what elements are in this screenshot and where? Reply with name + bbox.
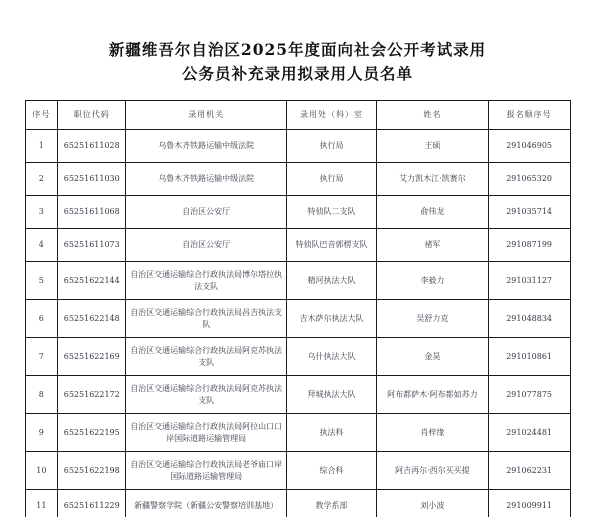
table-row: 265251611030乌鲁木齐铁路运输中级法院执行局艾力凯木江·凯赛尔2910… [25,163,570,196]
table-cell: 291009911 [488,490,570,517]
table-header-cell: 序号 [25,101,58,130]
table-row: 1065251622198自治区交通运输综合行政执法局老爷庙口岸国际道路运输管理… [25,452,570,490]
table-cell: 肖梓缘 [377,414,489,452]
table-cell: 291087199 [488,229,570,262]
table-cell: 俞伟龙 [377,196,489,229]
table-row: 465251611073自治区公安厅特侦队巴音郭楞支队褚军291087199 [25,229,570,262]
table-cell: 特侦队巴音郭楞支队 [287,229,377,262]
table-cell: 7 [25,338,58,376]
table-cell: 11 [25,490,58,517]
table-cell: 291046905 [488,130,570,163]
table-cell: 自治区交通运输综合行政执法局阿克苏执法支队 [126,338,287,376]
table-row: 965251622195自治区交通运输综合行政执法局阿拉山口口岸国际道路运输管理… [25,414,570,452]
table-cell: 65251622169 [58,338,126,376]
table-cell: 5 [25,262,58,300]
roster-table: 序号职位代码录用机关录用处（科）室姓名报名顺序号 165251611028乌鲁木… [25,100,571,517]
table-row: 365251611068自治区公安厅特侦队二支队俞伟龙291035714 [25,196,570,229]
table-cell: 自治区交通运输综合行政执法局昌吉执法支队 [126,300,287,338]
table-cell: 自治区交通运输综合行政执法局博尔塔拉执法支队 [126,262,287,300]
table-cell: 执行局 [287,130,377,163]
table-header-cell: 职位代码 [58,101,126,130]
table-cell: 自治区交通运输综合行政执法局阿拉山口口岸国际道路运输管理局 [126,414,287,452]
table-cell: 李毅力 [377,262,489,300]
table-cell: 吴舒力克 [377,300,489,338]
table-cell: 王硕 [377,130,489,163]
table-cell: 拜城执法大队 [287,376,377,414]
table-cell: 乌鲁木齐铁路运输中级法院 [126,163,287,196]
page-title-line-2: 公务员补充录用拟录用人员名单 [40,62,555,86]
table-cell: 291048834 [488,300,570,338]
table-body: 165251611028乌鲁木齐铁路运输中级法院执行局王硕29104690526… [25,130,570,517]
table-cell: 自治区交通运输综合行政执法局阿克苏执法支队 [126,376,287,414]
table-cell: 刘小波 [377,490,489,517]
table-cell: 褚军 [377,229,489,262]
table-cell: 291062231 [488,452,570,490]
table-cell: 综合科 [287,452,377,490]
table-cell: 65251611073 [58,229,126,262]
table-cell: 新疆警察学院（新疆公安警察培训基地） [126,490,287,517]
table-cell: 乌什执法大队 [287,338,377,376]
table-row: 665251622148自治区交通运输综合行政执法局昌吉执法支队吉木萨尔执法大队… [25,300,570,338]
table-cell: 阿吉再尔·西尔买买提 [377,452,489,490]
table-cell: 291024481 [488,414,570,452]
table-cell: 65251622148 [58,300,126,338]
table-cell: 自治区公安厅 [126,196,287,229]
table-header-cell: 姓名 [377,101,489,130]
table-cell: 65251611229 [58,490,126,517]
table-cell: 1 [25,130,58,163]
table-cell: 65251622144 [58,262,126,300]
table-row: 865251622172自治区交通运输综合行政执法局阿克苏执法支队拜城执法大队阿… [25,376,570,414]
table-cell: 8 [25,376,58,414]
table-cell: 291010861 [488,338,570,376]
table-cell: 执法科 [287,414,377,452]
table-cell: 执行局 [287,163,377,196]
table-cell: 291031127 [488,262,570,300]
table-row: 165251611028乌鲁木齐铁路运输中级法院执行局王硕291046905 [25,130,570,163]
table-cell: 4 [25,229,58,262]
table-cell: 65251622172 [58,376,126,414]
table-cell: 阿布都萨木·阿布都如苏力 [377,376,489,414]
table-cell: 10 [25,452,58,490]
document-page: 新疆维吾尔自治区2025年度面向社会公开考试录用 公务员补充录用拟录用人员名单 … [0,0,595,517]
table-cell: 65251611030 [58,163,126,196]
table-cell: 9 [25,414,58,452]
table-header-cell: 录用机关 [126,101,287,130]
page-title: 新疆维吾尔自治区2025年度面向社会公开考试录用 公务员补充录用拟录用人员名单 [40,38,555,86]
page-title-line-1: 新疆维吾尔自治区2025年度面向社会公开考试录用 [40,38,555,62]
table-row: 765251622169自治区交通运输综合行政执法局阿克苏执法支队乌什执法大队金… [25,338,570,376]
table-cell: 3 [25,196,58,229]
table-header-cell: 报名顺序号 [488,101,570,130]
table-cell: 65251611068 [58,196,126,229]
table-cell: 291035714 [488,196,570,229]
table-cell: 教学系部 [287,490,377,517]
table-header-cell: 录用处（科）室 [287,101,377,130]
table-cell: 精河执法大队 [287,262,377,300]
table-cell: 2 [25,163,58,196]
table-cell: 金昊 [377,338,489,376]
table-cell: 吉木萨尔执法大队 [287,300,377,338]
table-header-row: 序号职位代码录用机关录用处（科）室姓名报名顺序号 [25,101,570,130]
table-cell: 自治区交通运输综合行政执法局老爷庙口岸国际道路运输管理局 [126,452,287,490]
table-cell: 6 [25,300,58,338]
table-cell: 特侦队二支队 [287,196,377,229]
table-cell: 自治区公安厅 [126,229,287,262]
table-cell: 65251622195 [58,414,126,452]
table-cell: 乌鲁木齐铁路运输中级法院 [126,130,287,163]
table-row: 1165251611229新疆警察学院（新疆公安警察培训基地）教学系部刘小波29… [25,490,570,517]
table-cell: 65251611028 [58,130,126,163]
table-cell: 291065320 [488,163,570,196]
table-cell: 艾力凯木江·凯赛尔 [377,163,489,196]
table-cell: 65251622198 [58,452,126,490]
table-row: 565251622144自治区交通运输综合行政执法局博尔塔拉执法支队精河执法大队… [25,262,570,300]
table-cell: 291077875 [488,376,570,414]
